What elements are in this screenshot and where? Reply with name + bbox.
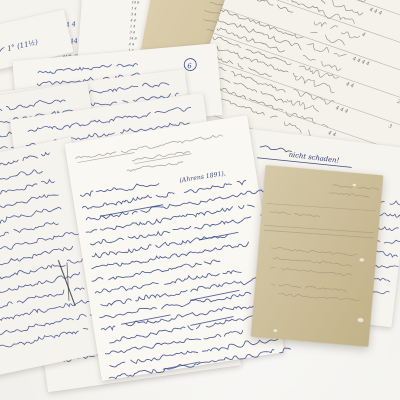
handwriting-fragment: 4 4 <box>128 42 135 46</box>
handwriting-fragment: 1 4 <box>130 24 136 28</box>
photograph-of-manuscripts: 4 428(44 84|5 8 7 8814 814 91 43 44 41 4… <box>0 0 400 400</box>
handwriting-fragment: 1 4 <box>131 6 137 10</box>
handwriting-fragment: 4 4 <box>344 81 354 90</box>
handwriting-fragment: 3 4 <box>131 12 137 16</box>
paper-flaw-speck <box>357 318 363 323</box>
handwriting-fragment: (Ahrens 1891), <box>179 170 226 184</box>
handwriting-fragment: 4 <box>360 31 366 38</box>
paper-flaw-speck <box>359 258 364 262</box>
handwriting-fragment: 14 8 <box>129 36 138 41</box>
handwriting-fragment: 4 4 <box>129 18 136 22</box>
handwriting-fragment: 3 <box>388 123 393 130</box>
tan-card-writing <box>251 165 384 347</box>
main-front-page-writing: (Ahrens 1891), <box>64 115 284 381</box>
handwriting-fragment: 3 4 <box>129 30 135 34</box>
handwriting-fragment: 20 <box>395 98 400 106</box>
handwriting-fragment: 4 4 4 4 <box>351 56 370 68</box>
handwriting-fragment: 1° (11½) <box>6 38 39 53</box>
handwriting-fragment: 14 9 <box>132 0 141 5</box>
paper-flaw-speck <box>273 329 277 332</box>
handwriting-fragment: nicht schaden! <box>288 151 340 165</box>
handwriting-fragment: 6 <box>187 62 193 70</box>
tan-card <box>251 165 384 347</box>
handwriting-fragment: 4 4 <box>326 130 336 139</box>
paper-flaw-speck <box>352 184 356 187</box>
main-front-page: (Ahrens 1891), <box>64 115 284 381</box>
